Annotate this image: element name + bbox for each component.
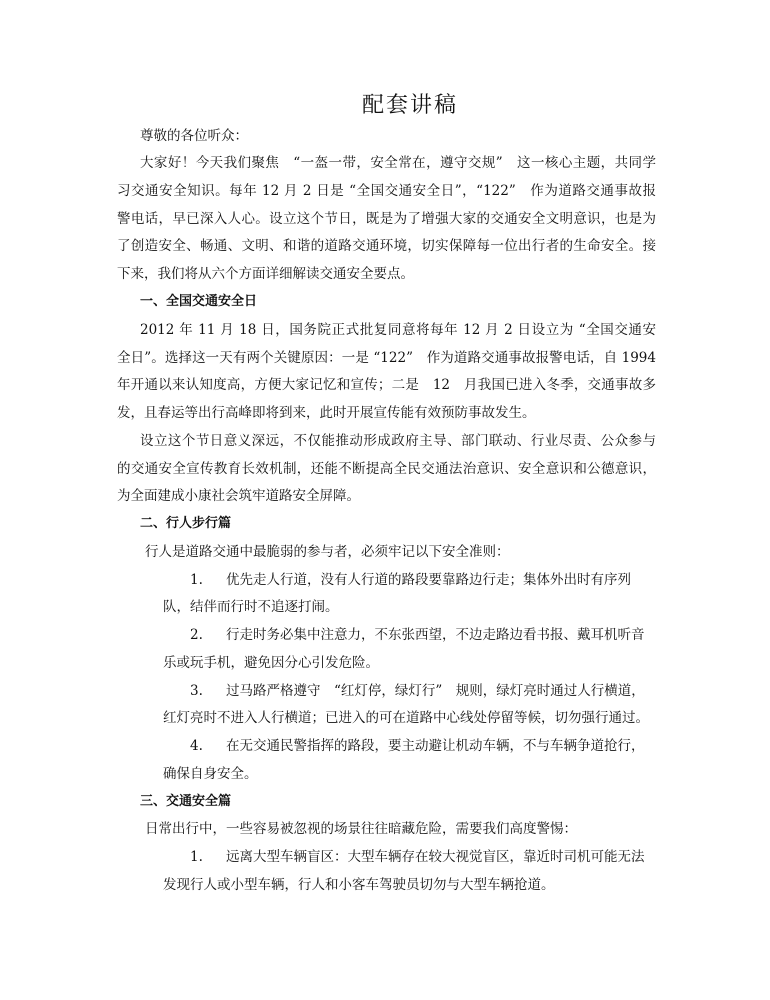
list-text: 过马路严格遵守 “红灯停，绿灯行” 规则，绿灯亮时通过人行横道， (226, 683, 645, 699)
list-number: 4. (190, 736, 226, 756)
list-number: 2. (190, 625, 226, 645)
list-number: 1. (190, 570, 226, 590)
paragraph-line: 2012 年 11 月 18 日，国务院正式批复同意将每年 12 月 2 日设立… (140, 320, 656, 340)
list-text: 远离大型车辆盲区：大型车辆存在较大视觉盲区，靠近时司机可能无法 (226, 849, 645, 865)
document-page: 配套讲稿 尊敬的各位听众： 大家好！今天我们聚焦 “一盔一带，安全常在，遵守交规… (0, 0, 770, 1000)
paragraph-line: 设立这个节日意义深远，不仅能推动形成政府主导、部门联动、行业尽责、公众参与 (140, 431, 656, 451)
section-lead: 行人是道路交通中最脆弱的参与者，必须牢记以下安全准则： (145, 542, 510, 562)
intro-line: 警电话，早已深入人心。设立这个节日，既是为了增强大家的交通安全文明意识，也是为 (117, 209, 656, 229)
intro-line: 大家好！今天我们聚焦 “一盔一带，安全常在，遵守交规” 这一核心主题，共同学 (140, 153, 656, 173)
paragraph-line: 的交通安全宣传教育长效机制，还能不断提高全民交通法治意识、安全意识和公德意识， (117, 459, 656, 479)
section-lead: 日常出行中，一些容易被忽视的场景往往暗藏危险，需要我们高度警惕： (145, 819, 577, 839)
paragraph-line: 为全面建成小康社会筑牢道路安全屏障。 (117, 486, 360, 506)
section-heading: 二、行人步行篇 (140, 514, 231, 534)
intro-line: 了创造安全、畅通、文明、和谐的道路交通环境，切实保障每一位出行者的生命安全。接 (117, 236, 656, 256)
paragraph-line: 年开通以来认知度高，方便大家记忆和宣传；二是 12 月我国已进入冬季，交通事故多 (117, 375, 656, 395)
list-text-continued: 红灯亮时不进入人行横道；已进入的可在道路中心线处停留等候，切勿强行通过。 (163, 708, 649, 728)
list-text-continued: 确保自身安全。 (163, 764, 258, 784)
list-text-continued: 队，结伴而行时不追逐打闹。 (163, 597, 339, 617)
list-text: 行走时务必集中注意力，不东张西望，不边走路边看书报、戴耳机听音 (226, 627, 645, 643)
document-title: 配套讲稿 (0, 88, 770, 119)
intro-line: 习交通安全知识。每年 12 月 2 日是 “全国交通安全日”，“122” 作为道… (117, 181, 656, 201)
paragraph-line: 全日”。选择这一天有两个关键原因：一是 “122” 作为道路交通事故报警电话，自… (117, 348, 656, 368)
list-text-continued: 乐或玩手机，避免因分心引发危险。 (163, 653, 379, 673)
section-heading: 三、交通安全篇 (140, 792, 231, 812)
list-text: 优先走人行道，没有人行道的路段要靠路边行走；集体外出时有序列 (226, 572, 631, 588)
list-number: 1. (190, 847, 226, 867)
paragraph-line: 发，且春运等出行高峰即将到来，此时开展宣传能有效预防事故发生。 (117, 403, 536, 423)
intro-line: 下来，我们将从六个方面详细解读交通安全要点。 (117, 264, 414, 284)
salutation: 尊敬的各位听众： (140, 126, 248, 146)
list-text-continued: 发现行人或小型车辆，行人和小客车驾驶员切勿与大型车辆抢道。 (163, 875, 555, 895)
section-heading: 一、全国交通安全日 (140, 292, 257, 312)
list-number: 3. (190, 681, 226, 701)
list-text: 在无交通民警指挥的路段，要主动避让机动车辆，不与车辆争道抢行， (226, 738, 645, 754)
